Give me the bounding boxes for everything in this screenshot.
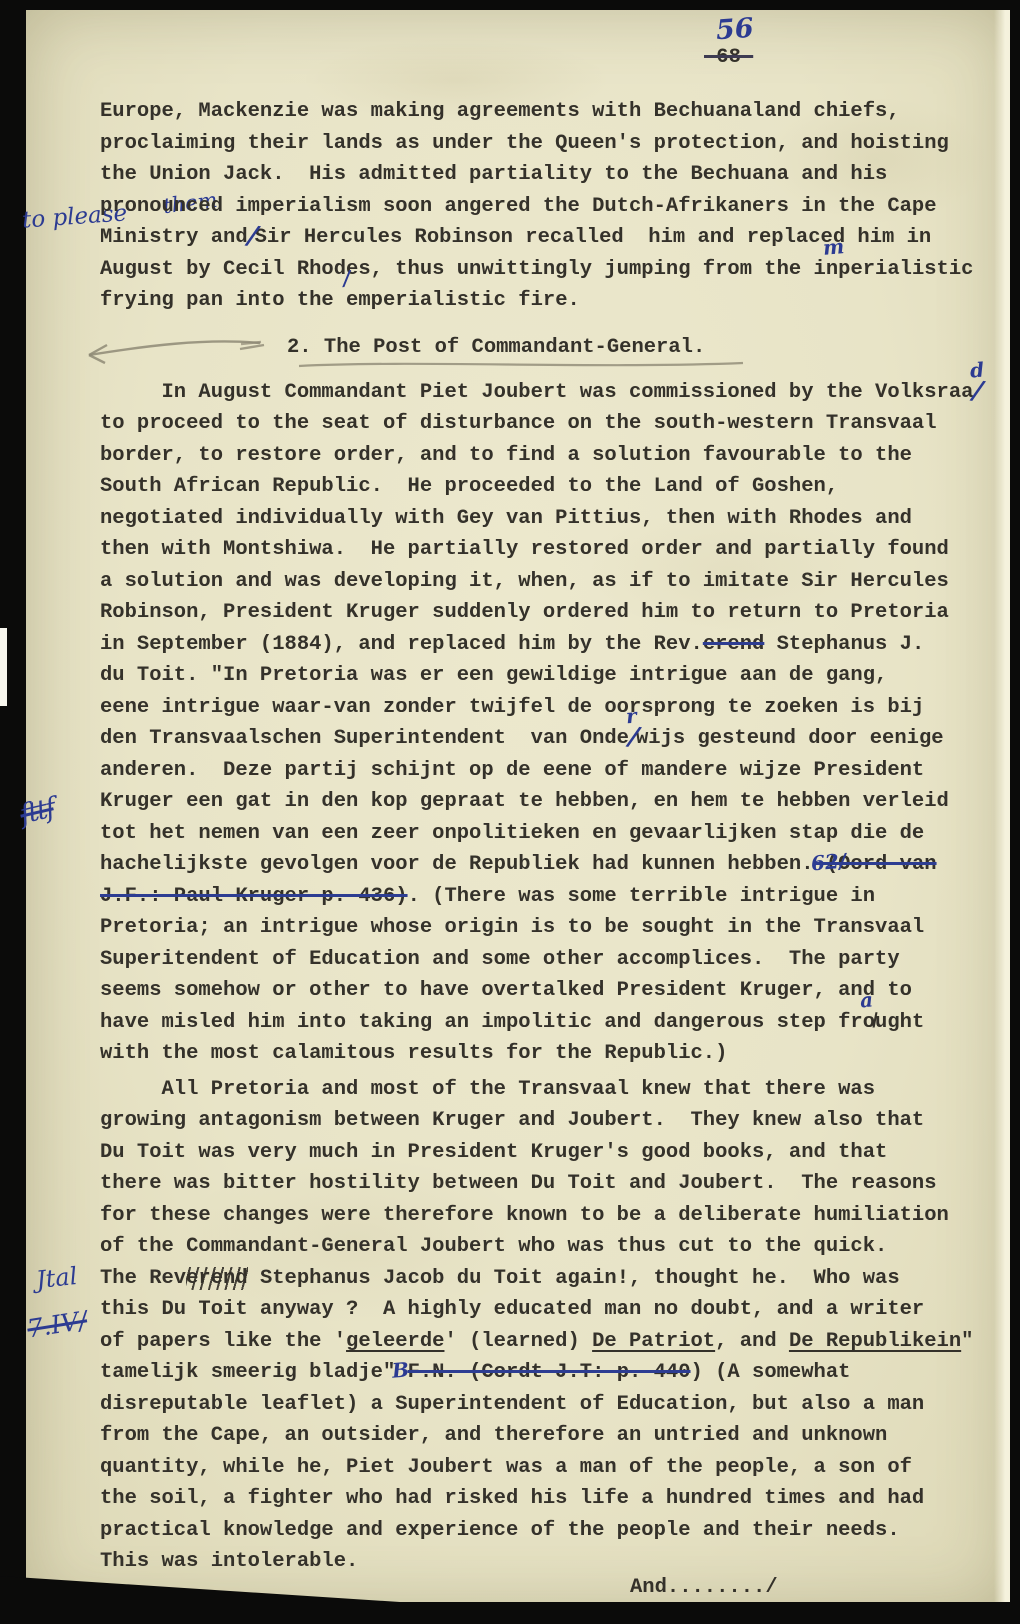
typescript-line: have misled him into taking an impolitic…: [100, 1007, 1005, 1039]
text-segment: ": [961, 1330, 973, 1353]
text-segment: Ministry and: [100, 226, 248, 249]
handwritten-caret: /: [972, 381, 981, 400]
typescript-line: from the Cape, an outsider, and therefor…: [100, 1420, 1005, 1452]
typescript-line: tot het nemen van een zeer onpolitieken …: [100, 818, 1005, 850]
typescript-line: tamelijk smeerig bladje"B F.N. (Cordt J.…: [100, 1357, 1005, 1389]
typescript-line: frying pan into the e/mperialistic fire.: [100, 285, 1005, 317]
typescript-line: Kruger een gat in den kop gepraat te heb…: [100, 786, 1005, 818]
text-segment: Kruger een gat in den kop gepraat te heb…: [100, 790, 949, 813]
text-segment: tot het nemen van een zeer onpolitieken …: [100, 822, 924, 845]
text-segment: De Republikein: [789, 1330, 961, 1353]
text-segment: practical knowledge and experience of th…: [100, 1519, 900, 1542]
typescript-line: Ministry and/Sir Hercules Robinson recal…: [100, 222, 1005, 254]
text-segment: a solution and was developing it, when, …: [100, 570, 949, 593]
text-segment: to proceed to the seat of disturbance on…: [100, 412, 937, 435]
text-segment: Robinson, President Kruger suddenly orde…: [100, 601, 949, 624]
text-segment: Du Toit was very much in President Kruge…: [100, 1141, 887, 1164]
text-segment: All Pretoria and most of the Transvaal k…: [100, 1078, 875, 1101]
text-segment: Pretoria; an intrigue whose origin is to…: [100, 916, 924, 939]
text-segment: perialistic: [838, 258, 973, 281]
typescript-line: Europe, Mackenzie was making agreements …: [100, 96, 1005, 128]
text-segment: d/: [973, 377, 980, 409]
text-segment: erend: [703, 633, 765, 656]
text-segment: F.N. (Cordt J.T: p. 440: [408, 1361, 691, 1384]
text-segment: In August Commandant Piet Joubert was co…: [100, 381, 973, 404]
typescript-line: hachelijkste gevolgen voor de Republiek …: [100, 849, 1005, 881]
text-segment: Stephanus Jacob du Toit again!, thought …: [248, 1267, 900, 1290]
handwritten-page-number: 56: [715, 13, 755, 47]
text-segment: the Union Jack. His admitted partiality …: [100, 163, 887, 186]
text-segment: seems somehow or other to have overtalke…: [100, 979, 912, 1002]
text-segment: This was intolerable.: [100, 1550, 358, 1573]
typescript-line: August by Cecil Rhodes, thus unwittingly…: [100, 254, 1005, 286]
typescript-line: there was bitter hostility between Du To…: [100, 1168, 1005, 1200]
typescript-line: growing antagonism between Kruger and Jo…: [100, 1105, 1005, 1137]
text-segment: growing antagonism between Kruger and Jo…: [100, 1109, 924, 1132]
typescript-line: with the most calamitous results for the…: [100, 1038, 1005, 1070]
text-segment: negotiated individually with Gey van Pit…: [100, 507, 912, 530]
text-segment: proclaiming their lands as under the Que…: [100, 132, 949, 155]
scanned-document: 56 -68- to please them fttf Jtal 7.IV/ 2…: [0, 0, 1020, 1624]
typescript-line: of papers like the 'geleerde' (learned) …: [100, 1326, 1005, 1358]
typescript-line: eene intrigue waar-van zonder twijfel de…: [100, 692, 1005, 724]
scan-artifact: [0, 628, 7, 706]
text-segment: De Patriot: [592, 1330, 715, 1353]
paragraph: Europe, Mackenzie was making agreements …: [100, 96, 1005, 317]
text-segment: pronounced imperialism soon angered the …: [100, 195, 937, 218]
typescript-line: South African Republic. He proceeded to …: [100, 471, 1005, 503]
text-segment: ught: [875, 1011, 924, 1034]
typescript-line: a solution and was developing it, when, …: [100, 566, 1005, 598]
typed-page-number: -68-: [704, 46, 753, 69]
text-segment: du Toit. "In Pretoria was er een gewildi…: [100, 664, 887, 687]
text-segment: . (There was some terrible intrigue in: [408, 885, 875, 908]
text-segment: of the Commandant-General Joubert who wa…: [100, 1235, 887, 1258]
handwritten-caret: /: [628, 728, 637, 747]
typescript-line: disreputable leaflet) a Superintendent o…: [100, 1389, 1005, 1421]
text-segment: mperialistic fire.: [358, 289, 579, 312]
text-segment: ) (A somewhat: [691, 1361, 851, 1384]
text-segment: then with Montshiwa. He partially restor…: [100, 538, 949, 561]
handwritten-correction: m: [822, 234, 845, 260]
text-segment: wijs gesteund door eenige: [636, 727, 944, 750]
text-segment: erend: [186, 1267, 248, 1290]
typescript-line: quantity, while he, Piet Joubert was a m…: [100, 1452, 1005, 1484]
typescript-line: J.F.: Paul Kruger p. 436). (There was so…: [100, 881, 1005, 913]
typescript-line: du Toit. "In Pretoria was er een gewildi…: [100, 660, 1005, 692]
text-segment: /: [248, 226, 255, 249]
text-segment: from the Cape, an outsider, and therefor…: [100, 1424, 887, 1447]
typescript-line: The Reverend Stephanus Jacob du Toit aga…: [100, 1263, 1005, 1295]
text-segment: of papers like the ': [100, 1330, 346, 1353]
text-segment: Europe, Mackenzie was making agreements …: [100, 100, 900, 123]
text-segment: o̸a: [863, 1007, 875, 1039]
text-segment: frying pan into the: [100, 289, 346, 312]
text-segment: in September (1884), and replaced him by…: [100, 633, 703, 656]
text-segment: hachelijkste gevolgen voor de Republiek …: [100, 853, 814, 876]
typescript-line: anderen. Deze partij schijnt op de eene …: [100, 755, 1005, 787]
text-segment: quantity, while he, Piet Joubert was a m…: [100, 1456, 912, 1479]
typescript-line: In August Commandant Piet Joubert was co…: [100, 377, 1005, 409]
text-segment: J.F.: Paul Kruger p. 436): [100, 885, 408, 908]
text-segment: disreputable leaflet) a Superintendent o…: [100, 1393, 924, 1416]
text-segment: the soil, a fighter who had risked his l…: [100, 1487, 924, 1510]
typescript-line: to proceed to the seat of disturbance on…: [100, 408, 1005, 440]
text-segment: this Du Toit anyway ? A highly educated …: [100, 1298, 924, 1321]
handwritten-correction: a: [859, 987, 874, 1012]
text-segment: there was bitter hostility between Du To…: [100, 1172, 937, 1195]
text-segment: r/: [629, 723, 636, 755]
typescript-line: Robinson, President Kruger suddenly orde…: [100, 597, 1005, 629]
text-segment: for these changes were therefore known t…: [100, 1204, 949, 1227]
text-segment: tamelijk smeerig bladje": [100, 1361, 395, 1384]
text-segment: , and: [715, 1330, 789, 1353]
text-segment: eene intrigue waar-van zonder twijfel de…: [100, 696, 924, 719]
text-segment: have misled him into taking an impolitic…: [100, 1011, 863, 1034]
paragraph: In August Commandant Piet Joubert was co…: [100, 377, 1005, 1070]
scan-frame-bottom: [0, 1602, 1020, 1624]
typescript-line: then with Montshiwa. He partially restor…: [100, 534, 1005, 566]
handwritten-correction: 62/: [810, 849, 847, 876]
catchword: And......../: [630, 1572, 778, 1604]
typescript-line: the soil, a fighter who had risked his l…: [100, 1483, 1005, 1515]
text-segment: geleerde: [346, 1330, 444, 1353]
typescript-line: Du Toit was very much in President Kruge…: [100, 1137, 1005, 1169]
typescript-body: Europe, Mackenzie was making agreements …: [100, 96, 1005, 1578]
text-segment: anderen. Deze partij schijnt op de eene …: [100, 759, 924, 782]
typescript-line: pronounced imperialism soon angered the …: [100, 191, 1005, 223]
typescript-line: of the Commandant-General Joubert who wa…: [100, 1231, 1005, 1263]
typescript-line: border, to restore order, and to find a …: [100, 440, 1005, 472]
scan-frame-wedge: [0, 1576, 430, 1604]
text-segment: nm: [826, 254, 838, 286]
handwritten-correction: B: [391, 1357, 410, 1382]
typescript-line: in September (1884), and replaced him by…: [100, 629, 1005, 661]
text-segment: e/: [346, 285, 358, 317]
typescript-line: this Du Toit anyway ? A highly educated …: [100, 1294, 1005, 1326]
typescript-line: This was intolerable.: [100, 1546, 1005, 1578]
text-segment: den Transvaalschen Superintendent van On…: [100, 727, 629, 750]
typescript-line: proclaiming their lands as under the Que…: [100, 128, 1005, 160]
typescript-line: negotiated individually with Gey van Pit…: [100, 503, 1005, 535]
handwritten-caret: /: [246, 227, 255, 246]
text-segment: Superitendent of Education and some othe…: [100, 948, 900, 971]
paragraph: All Pretoria and most of the Transvaal k…: [100, 1074, 1005, 1578]
typescript-line: for these changes were therefore known t…: [100, 1200, 1005, 1232]
text-segment: August by Cecil Rhodes, thus unwittingly…: [100, 258, 826, 281]
margin-note-jtal: Jtal: [35, 1262, 79, 1294]
typescript-line: the Union Jack. His admitted partiality …: [100, 159, 1005, 191]
typescript-line: All Pretoria and most of the Transvaal k…: [100, 1074, 1005, 1106]
typescript-line: den Transvaalschen Superintendent van On…: [100, 723, 1005, 755]
text-segment: Stephanus J.: [764, 633, 924, 656]
text-segment: The Rev: [100, 1267, 186, 1290]
typescript-line: Pretoria; an intrigue whose origin is to…: [100, 912, 1005, 944]
text-segment: with the most calamitous results for the…: [100, 1042, 727, 1065]
text-segment: border, to restore order, and to find a …: [100, 444, 912, 467]
typescript-line: practical knowledge and experience of th…: [100, 1515, 1005, 1547]
text-segment: ' (learned): [444, 1330, 592, 1353]
text-segment: South African Republic. He proceeded to …: [100, 475, 838, 498]
typescript-line: Superitendent of Education and some othe…: [100, 944, 1005, 976]
